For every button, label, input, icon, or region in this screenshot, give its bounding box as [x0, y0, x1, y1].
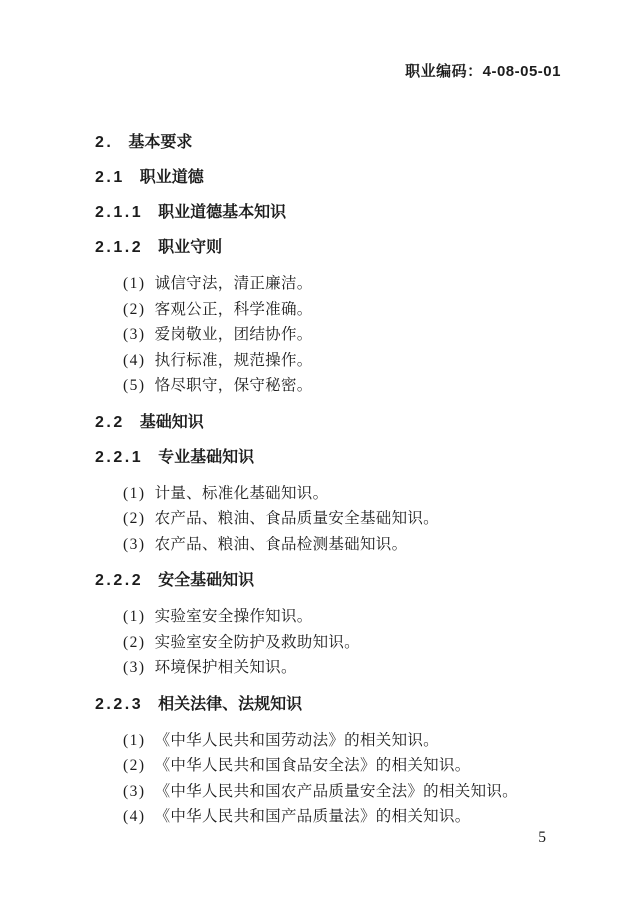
list-item: (2)农产品、粮油、食品质量安全基础知识。 [123, 506, 563, 532]
section-title: 安全基础知识 [158, 570, 254, 592]
list-item-text: 执行标准，规范操作。 [155, 348, 313, 374]
list-item: (2)客观公正，科学准确。 [123, 297, 563, 323]
list-item-number: (1) [123, 481, 146, 507]
list-item-text: 恪尽职守，保守秘密。 [155, 373, 313, 399]
section-heading: 2.2基础知识 [95, 412, 563, 434]
document-footer: 5 [95, 829, 546, 847]
section: 2.基本要求 [95, 132, 563, 154]
section-number: 2.1.2 [95, 237, 143, 259]
list-item-text: 实验室安全防护及救助知识。 [155, 630, 360, 656]
section-number: 2.1.1 [95, 202, 143, 224]
list-item-text: 《中华人民共和国劳动法》的相关知识。 [155, 728, 439, 754]
list-item-text: 环境保护相关知识。 [155, 655, 297, 681]
section-heading: 2.基本要求 [95, 132, 563, 154]
section: 2.2.3相关法律、法规知识 (1)《中华人民共和国劳动法》的相关知识。 (2)… [95, 694, 563, 830]
list-item-number: (1) [123, 604, 146, 630]
list-item-text: 《中华人民共和国食品安全法》的相关知识。 [155, 753, 471, 779]
page-number: 5 [538, 829, 546, 846]
section-item-list: (1)诚信守法，清正廉洁。 (2)客观公正，科学准确。 (3)爱岗敬业，团结协作… [123, 271, 563, 399]
list-item-number: (3) [123, 655, 146, 681]
section-title: 职业道德 [140, 167, 204, 189]
section-title: 基本要求 [128, 132, 192, 154]
section-number: 2.2 [95, 412, 125, 434]
list-item-text: 《中华人民共和国农产品质量安全法》的相关知识。 [155, 779, 518, 805]
list-item-number: (2) [123, 297, 146, 323]
list-item-number: (4) [123, 804, 146, 830]
list-item-text: 《中华人民共和国产品质量法》的相关知识。 [155, 804, 471, 830]
list-item-number: (1) [123, 271, 146, 297]
section-number: 2.2.2 [95, 570, 143, 592]
list-item: (3)爱岗敬业，团结协作。 [123, 322, 563, 348]
occupation-code-label: 职业编码：4-08-05-01 [405, 63, 561, 80]
list-item-text: 计量、标准化基础知识。 [155, 481, 329, 507]
section-title: 职业守则 [158, 237, 222, 259]
section: 2.1.1职业道德基本知识 [95, 202, 563, 224]
section: 2.2.1专业基础知识 (1)计量、标准化基础知识。 (2)农产品、粮油、食品质… [95, 447, 563, 558]
section-heading: 2.1职业道德 [95, 167, 563, 189]
section-heading: 2.1.1职业道德基本知识 [95, 202, 563, 224]
document-body: 2.基本要求 2.1职业道德 2.1.1职业道德基本知识 2.1.2职业守则 (… [95, 132, 563, 830]
section-number: 2.2.1 [95, 447, 143, 469]
list-item-number: (1) [123, 728, 146, 754]
list-item-number: (5) [123, 373, 146, 399]
list-item-text: 诚信守法，清正廉洁。 [155, 271, 313, 297]
list-item-number: (4) [123, 348, 146, 374]
list-item: (3)《中华人民共和国农产品质量安全法》的相关知识。 [123, 779, 563, 805]
section-number: 2.1 [95, 167, 125, 189]
list-item: (1)诚信守法，清正廉洁。 [123, 271, 563, 297]
list-item-number: (3) [123, 322, 146, 348]
list-item-text: 农产品、粮油、食品检测基础知识。 [155, 532, 408, 558]
section-title: 相关法律、法规知识 [158, 694, 302, 716]
list-item: (1)计量、标准化基础知识。 [123, 481, 563, 507]
list-item-number: (3) [123, 532, 146, 558]
list-item: (3)农产品、粮油、食品检测基础知识。 [123, 532, 563, 558]
section-number: 2. [95, 132, 113, 154]
section: 2.2基础知识 [95, 412, 563, 434]
list-item-text: 实验室安全操作知识。 [155, 604, 313, 630]
list-item: (5)恪尽职守，保守秘密。 [123, 373, 563, 399]
section-title: 职业道德基本知识 [158, 202, 286, 224]
section-item-list: (1)《中华人民共和国劳动法》的相关知识。 (2)《中华人民共和国食品安全法》的… [123, 728, 563, 830]
list-item: (1)实验室安全操作知识。 [123, 604, 563, 630]
section: 2.1职业道德 [95, 167, 563, 189]
section-heading: 2.2.3相关法律、法规知识 [95, 694, 563, 716]
section-heading: 2.2.2安全基础知识 [95, 570, 563, 592]
list-item: (2)《中华人民共和国食品安全法》的相关知识。 [123, 753, 563, 779]
list-item: (2)实验室安全防护及救助知识。 [123, 630, 563, 656]
list-item-number: (2) [123, 506, 146, 532]
list-item-text: 农产品、粮油、食品质量安全基础知识。 [155, 506, 439, 532]
section-item-list: (1)计量、标准化基础知识。 (2)农产品、粮油、食品质量安全基础知识。 (3)… [123, 481, 563, 558]
section-heading: 2.1.2职业守则 [95, 237, 563, 259]
section-title: 专业基础知识 [158, 447, 254, 469]
section-number: 2.2.3 [95, 694, 143, 716]
list-item: (4)执行标准，规范操作。 [123, 348, 563, 374]
section-item-list: (1)实验室安全操作知识。 (2)实验室安全防护及救助知识。 (3)环境保护相关… [123, 604, 563, 681]
document-header: 职业编码：4-08-05-01 [95, 60, 561, 81]
document-page: 职业编码：4-08-05-01 2.基本要求 2.1职业道德 2.1.1职业道德… [0, 0, 641, 899]
list-item: (1)《中华人民共和国劳动法》的相关知识。 [123, 728, 563, 754]
list-item-text: 客观公正，科学准确。 [155, 297, 313, 323]
list-item-number: (2) [123, 630, 146, 656]
section: 2.2.2安全基础知识 (1)实验室安全操作知识。 (2)实验室安全防护及救助知… [95, 570, 563, 681]
section: 2.1.2职业守则 (1)诚信守法，清正廉洁。 (2)客观公正，科学准确。 (3… [95, 237, 563, 399]
section-title: 基础知识 [140, 412, 204, 434]
list-item-text: 爱岗敬业，团结协作。 [155, 322, 313, 348]
list-item-number: (3) [123, 779, 146, 805]
list-item-number: (2) [123, 753, 146, 779]
list-item: (4)《中华人民共和国产品质量法》的相关知识。 [123, 804, 563, 830]
section-heading: 2.2.1专业基础知识 [95, 447, 563, 469]
list-item: (3)环境保护相关知识。 [123, 655, 563, 681]
